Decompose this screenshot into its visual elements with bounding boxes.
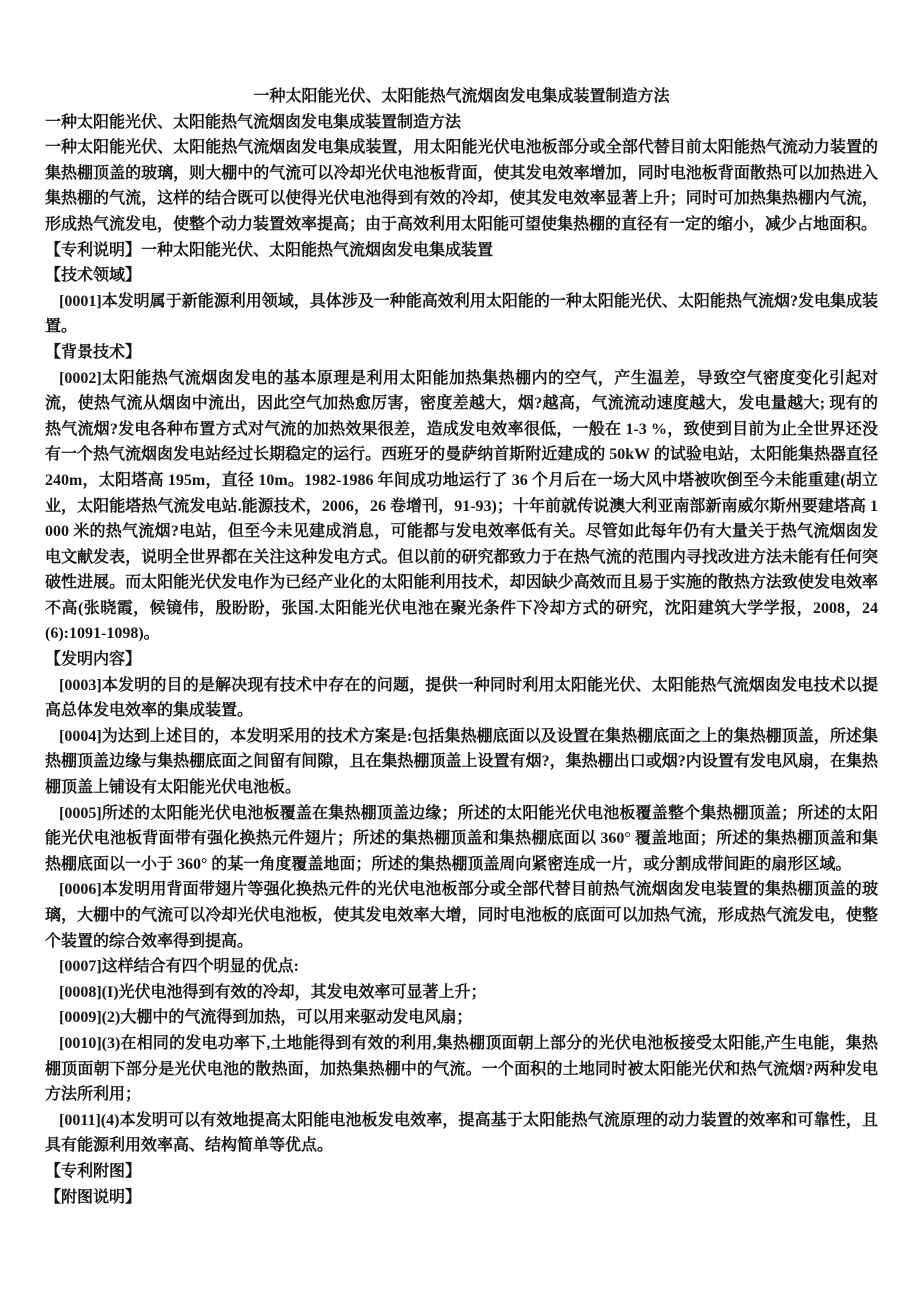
section-heading-technical-field: 【技术领域】 bbox=[45, 263, 878, 289]
paragraph-0003: [0003]本发明的目的是解决现有技术中存在的问题，提供一种同时利用太阳能光伏、… bbox=[45, 673, 878, 724]
paragraph-0007: [0007]这样结合有四个明显的优点: bbox=[45, 954, 878, 980]
paragraph-0009: [0009](2)大棚中的气流得到加热，可以用来驱动发电风扇； bbox=[45, 1005, 878, 1031]
section-heading-invention-content: 【发明内容】 bbox=[45, 647, 878, 673]
paragraph-title-repeat: 一种太阳能光伏、太阳能热气流烟囱发电集成装置制造方法 bbox=[45, 110, 878, 136]
section-heading-figure-description: 【附图说明】 bbox=[45, 1185, 878, 1211]
paragraph-0002: [0002]太阳能热气流烟囱发电的基本原理是利用太阳能加热集热棚内的空气，产生温… bbox=[45, 366, 878, 648]
paragraph-0010: [0010](3)在相同的发电功率下,土地能得到有效的利用,集热棚顶面朝上部分的… bbox=[45, 1031, 878, 1108]
paragraph-0005: [0005]所述的太阳能光伏电池板覆盖在集热棚顶盖边缘；所述的太阳能光伏电池板覆… bbox=[45, 801, 878, 878]
section-heading-background: 【背景技术】 bbox=[45, 340, 878, 366]
paragraph-0008: [0008](I)光伏电池得到有效的冷却，其发电效率可显著上升； bbox=[45, 980, 878, 1006]
paragraph-0001: [0001]本发明属于新能源利用领域，具体涉及一种能高效利用太阳能的一种太阳能光… bbox=[45, 289, 878, 340]
paragraph-patent-description: 【专利说明】一种太阳能光伏、太阳能热气流烟囱发电集成装置 bbox=[45, 238, 878, 264]
paragraph-0006: [0006]本发明用背面带翅片等强化换热元件的光伏电池板部分或全部代替目前热气流… bbox=[45, 877, 878, 954]
document-title: 一种太阳能光伏、太阳能热气流烟囱发电集成装置制造方法 bbox=[45, 84, 878, 110]
paragraph-0004: [0004]为达到上述目的，本发明采用的技术方案是:包括集热棚底面以及设置在集热… bbox=[45, 724, 878, 801]
paragraph-abstract: 一种太阳能光伏、太阳能热气流烟囱发电集成装置，用太阳能光伏电池板部分或全部代替目… bbox=[45, 135, 878, 237]
patent-document-page: 一种太阳能光伏、太阳能热气流烟囱发电集成装置制造方法 一种太阳能光伏、太阳能热气… bbox=[0, 0, 920, 1302]
paragraph-0011: [0011](4)本发明可以有效地提高太阳能电池板发电效率，提高基于太阳能热气流… bbox=[45, 1108, 878, 1159]
section-heading-patent-figures: 【专利附图】 bbox=[45, 1159, 878, 1185]
